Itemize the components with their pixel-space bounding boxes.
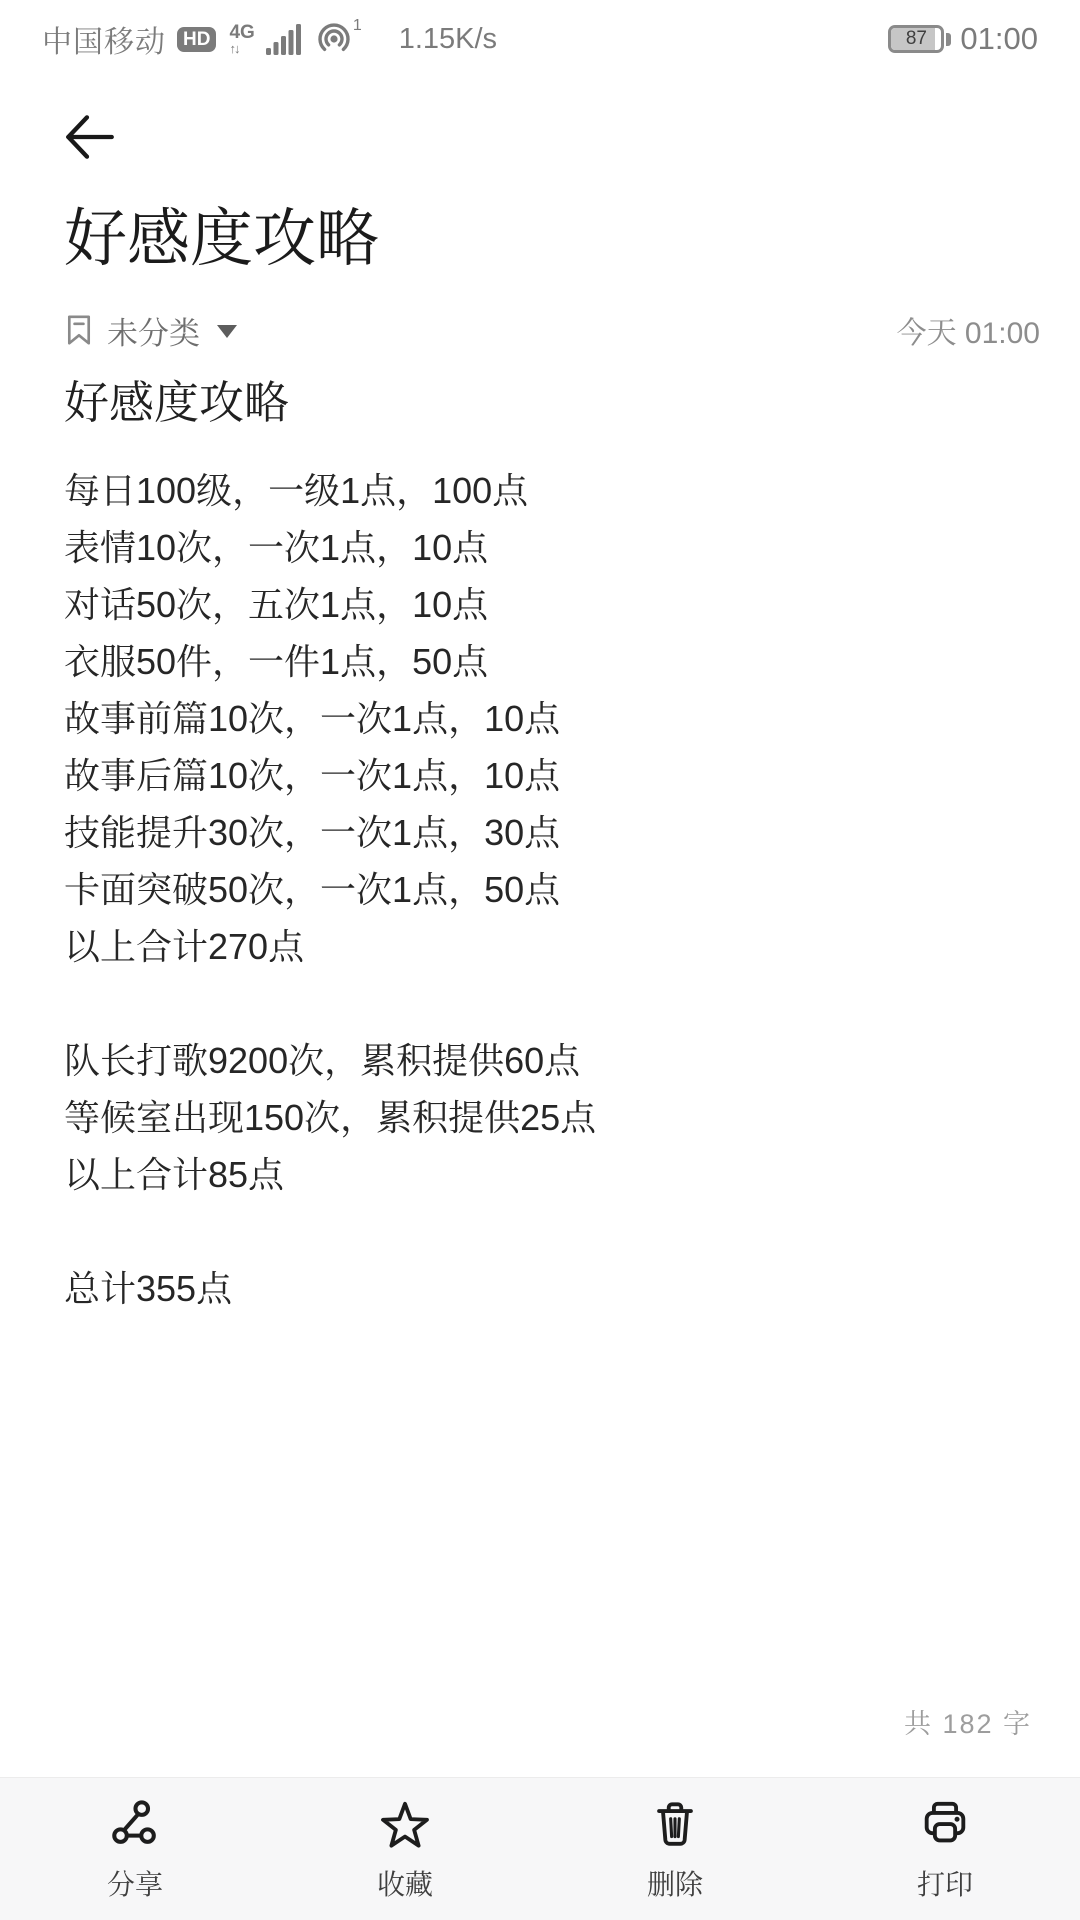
status-bar-right: 87 01:00: [888, 21, 1038, 57]
category-label: 未分类: [107, 308, 200, 353]
note-line: 队长打歌9200次，累积提供60点: [64, 1032, 1030, 1089]
print-label: 打印: [917, 1863, 973, 1903]
note-section: 每日100级，一级1点，100点 表情10次，一次1点，10点 对话50次，五次…: [64, 462, 1030, 975]
note-line: 卡面突破50次，一次1点，50点: [64, 861, 1030, 918]
note-line: 等候室出现150次，累积提供25点: [64, 1089, 1030, 1146]
hotspot-count: 1: [353, 18, 362, 34]
favorite-label: 收藏: [377, 1863, 433, 1903]
network-type-icon: 4G ↑↓: [229, 23, 254, 55]
hotspot-icon: [315, 20, 353, 58]
note-line: 故事后篇10次，一次1点，10点: [64, 747, 1030, 804]
note-timestamp: 今天 01:00: [897, 308, 1040, 352]
delete-label: 删除: [647, 1863, 703, 1903]
trash-icon: [648, 1798, 702, 1852]
delete-button[interactable]: 删除: [540, 1778, 810, 1920]
status-bar: 中国移动 HD 4G ↑↓ 1 1.15K/s: [0, 0, 1080, 70]
hotspot-indicator: 1: [315, 20, 362, 58]
note-meta-row: 未分类 今天 01:00: [64, 306, 1040, 354]
note-section: 队长打歌9200次，累积提供60点 等候室出现150次，累积提供25点 以上合计…: [64, 1032, 1030, 1203]
note-title[interactable]: 好感度攻略: [64, 192, 1016, 287]
bottom-toolbar: 分享 收藏 删除 打印: [0, 1777, 1080, 1920]
note-line: 总计355点: [64, 1260, 1030, 1317]
word-count: 共 182 字: [904, 1702, 1032, 1741]
clock: 01:00: [960, 21, 1038, 57]
note-line: 对话50次，五次1点，10点: [64, 576, 1030, 633]
battery-nub: [946, 33, 951, 46]
data-arrows-icon: ↑↓: [229, 42, 238, 55]
arrow-left-icon: [58, 106, 120, 168]
share-icon: [108, 1798, 162, 1852]
note-line: 故事前篇10次，一次1点，10点: [64, 690, 1030, 747]
bookmark-icon: [64, 312, 94, 348]
note-line: 衣服50件，一件1点，50点: [64, 633, 1030, 690]
notes-app-screen: 中国移动 HD 4G ↑↓ 1 1.15K/s: [0, 0, 1080, 1920]
note-line: 技能提升30次，一次1点，30点: [64, 804, 1030, 861]
battery-icon: 87: [888, 25, 951, 53]
note-body-heading: 好感度攻略: [64, 372, 1030, 434]
favorite-button[interactable]: 收藏: [270, 1778, 540, 1920]
hd-volte-icon: HD: [177, 27, 216, 52]
carrier-label: 中国移动: [42, 17, 166, 61]
print-button[interactable]: 打印: [810, 1778, 1080, 1920]
note-editor[interactable]: 好感度攻略 每日100级，一级1点，100点 表情10次，一次1点，10点 对话…: [64, 372, 1030, 1317]
network-speed: 1.15K/s: [399, 23, 497, 56]
print-icon: [918, 1798, 972, 1852]
share-label: 分享: [107, 1863, 163, 1903]
status-bar-left: 中国移动 HD 4G ↑↓ 1 1.15K/s: [42, 17, 497, 61]
chevron-down-icon: [217, 325, 237, 338]
category-selector[interactable]: 未分类: [64, 308, 237, 353]
star-icon: [378, 1798, 432, 1852]
back-button[interactable]: [58, 106, 120, 168]
note-section: 总计355点: [64, 1260, 1030, 1317]
signal-strength-icon: [266, 23, 302, 55]
note-line: 以上合计85点: [64, 1146, 1030, 1203]
note-line: 表情10次，一次1点，10点: [64, 519, 1030, 576]
note-line: 每日100级，一级1点，100点: [64, 462, 1030, 519]
battery-percent: 87: [891, 28, 941, 50]
note-line: 以上合计270点: [64, 918, 1030, 975]
share-button[interactable]: 分享: [0, 1778, 270, 1920]
